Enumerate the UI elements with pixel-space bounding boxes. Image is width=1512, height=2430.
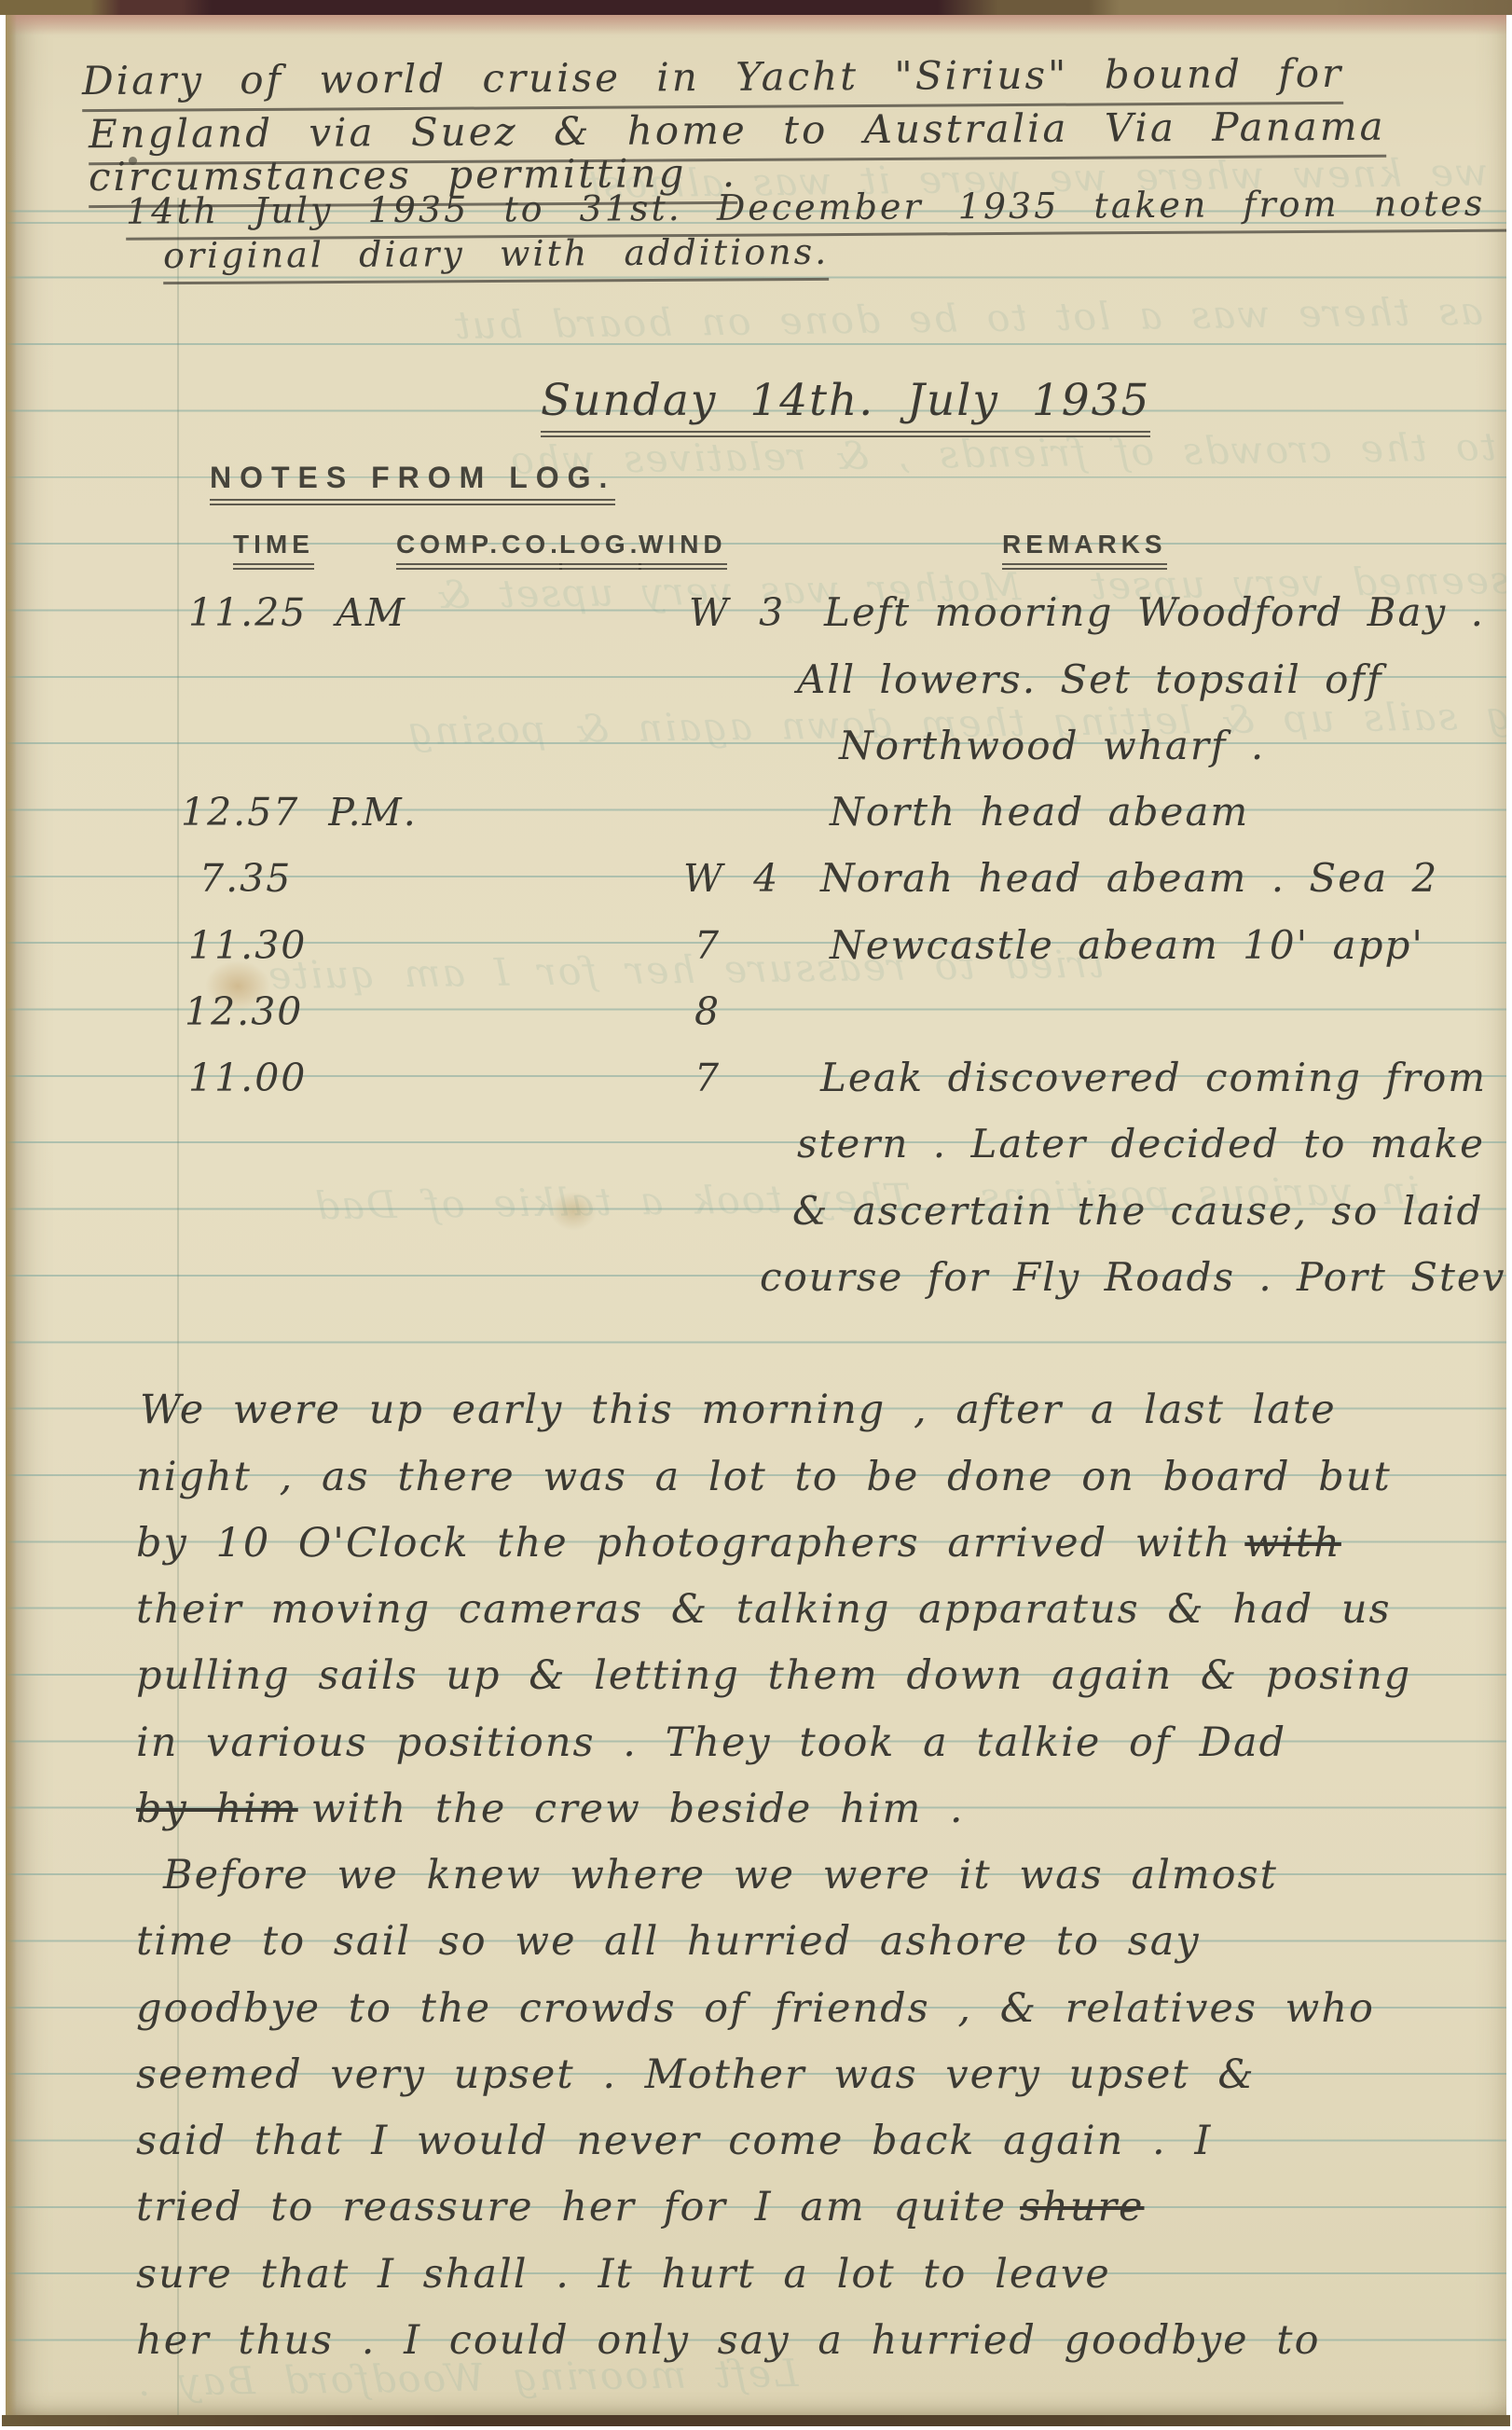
diary-paragraph-line: by 10 O'Clock the photographers arrived …: [136, 1517, 1354, 1569]
line-text: tried to reassure her for I am quite: [136, 2184, 1007, 2230]
log-remarks: course for Fly Roads . Port Stevens.: [760, 1251, 1506, 1304]
log-time: 12.57 P.M.: [181, 786, 418, 838]
struck-word: with: [1244, 1520, 1341, 1567]
diary-paragraph-line: by himwith the crew beside him .: [136, 1783, 965, 1835]
log-row: & ascertain the cause, so laid: [6, 1185, 1506, 1239]
log-time: 11.00: [188, 1052, 307, 1104]
log-row: 12.57 P.M. North head abeam: [6, 786, 1506, 840]
column-header-text: COMP.CO.: [396, 530, 562, 570]
entry-date-heading: Sunday 14th. July 1935: [541, 375, 1150, 427]
log-remarks: Left mooring Woodford Bay .: [824, 587, 1485, 639]
diary-paragraph-line: her thus . I could only say a hurried go…: [136, 2314, 1320, 2367]
log-wind: 7: [694, 919, 721, 972]
log-time: 7.35: [199, 852, 292, 904]
log-row: stern . Later decided to make port: [6, 1118, 1506, 1172]
page-top-edge: [6, 15, 1506, 35]
column-header-text: WIND: [639, 530, 727, 570]
line-text: Before we knew where we were it was almo…: [163, 1852, 1278, 1898]
diary-paragraph-line: said that I would never come back again …: [136, 2115, 1212, 2167]
log-section-title-text: NOTES FROM LOG.: [210, 461, 615, 505]
log-remarks: Northwood wharf .: [839, 720, 1265, 772]
log-remarks: Norah head abeam . Sea 2: [820, 852, 1438, 904]
log-row: 7.35 W 4 Norah head abeam . Sea 2: [6, 852, 1506, 906]
scanned-diary-page: Before we knew where we were it was almo…: [0, 0, 1512, 2430]
log-row: 11.00 7 Leak discovered coming from: [6, 1052, 1506, 1106]
log-remarks: All lowers. Set topsail off: [797, 654, 1383, 706]
line-text: their moving cameras & talking apparatus…: [136, 1586, 1392, 1633]
struck-word: shure: [1020, 2184, 1144, 2230]
diary-page: Before we knew where we were it was almo…: [6, 15, 1506, 2415]
line-text: sure that I shall . It hurt a lot to lea…: [136, 2251, 1111, 2298]
column-header-log: LOG.: [559, 530, 641, 559]
diary-paragraph-line: pulling sails up & letting them down aga…: [136, 1650, 1411, 1702]
book-edge-top: [0, 0, 1512, 15]
diary-paragraph-line: their moving cameras & talking apparatus…: [136, 1583, 1392, 1636]
log-wind: W 3: [689, 587, 785, 639]
log-wind: W 4: [683, 852, 779, 904]
title-text: original diary with additions.: [163, 231, 830, 284]
column-header-text: REMARKS: [1002, 530, 1167, 570]
log-remarks: Newcastle abeam 10' app': [830, 919, 1424, 972]
line-text: by 10 O'Clock the photographers arrived …: [136, 1520, 1231, 1567]
line-text: in various positions . They took a talki…: [136, 1719, 1286, 1766]
log-time: 12.30: [185, 986, 303, 1038]
log-wind: 8: [694, 986, 721, 1038]
diary-paragraph-line: in various positions . They took a talki…: [136, 1717, 1286, 1769]
diary-paragraph-line: night , as there was a lot to be done on…: [136, 1451, 1392, 1503]
diary-paragraph-line: We were up early this morning , after a …: [140, 1384, 1337, 1436]
line-text: time to sail so we all hurried ashore to…: [136, 1918, 1201, 1965]
diary-paragraph-line: Before we knew where we were it was almo…: [163, 1849, 1278, 1901]
book-edge-bottom: [2, 2415, 1510, 2426]
log-time: 11.25 AM: [188, 587, 406, 639]
column-header-compco: COMP.CO.: [396, 530, 562, 559]
diary-paragraph-line: time to sail so we all hurried ashore to…: [136, 1915, 1201, 1967]
log-row: course for Fly Roads . Port Stevens.: [6, 1251, 1506, 1305]
log-section-title: NOTES FROM LOG.: [210, 461, 615, 495]
column-header-text: TIME: [233, 530, 314, 570]
diary-title-line: Diary of world cruise in Yacht "Sirius" …: [82, 48, 1343, 107]
log-time: 11.30: [188, 919, 307, 972]
line-text: night , as there was a lot to be done on…: [136, 1454, 1392, 1500]
diary-paragraph-line: tried to reassure her for I am quiteshur…: [136, 2181, 1158, 2233]
line-text: goodbye to the crowds of friends , & rel…: [136, 1985, 1375, 2032]
diary-title-line: original diary with additions.: [163, 226, 830, 282]
column-header-wind: WIND: [639, 530, 727, 559]
log-remarks: & ascertain the cause, so laid: [792, 1185, 1483, 1237]
line-text: her thus . I could only say a hurried go…: [136, 2317, 1320, 2364]
line-text: seemed very upset . Mother was very upse…: [136, 2051, 1256, 2098]
log-row: Northwood wharf .: [6, 720, 1506, 774]
log-row: 12.30 8: [6, 986, 1506, 1040]
line-text: said that I would never come back again …: [136, 2118, 1212, 2164]
line-text: We were up early this morning , after a …: [140, 1387, 1337, 1433]
line-text: pulling sails up & letting them down aga…: [136, 1652, 1411, 1699]
diary-paragraph-line: sure that I shall . It hurt a lot to lea…: [136, 2248, 1111, 2300]
entry-date-text: Sunday 14th. July 1935: [541, 375, 1150, 437]
diary-paragraph-line: goodbye to the crowds of friends , & rel…: [136, 1982, 1375, 2035]
log-remarks: Leak discovered coming from: [820, 1052, 1487, 1104]
line-text: with the crew beside him .: [311, 1786, 965, 1832]
log-row: 11.30 7 Newcastle abeam 10' app': [6, 919, 1506, 973]
log-remarks: stern . Later decided to make port: [797, 1118, 1506, 1170]
column-header-remarks: REMARKS: [1002, 530, 1167, 559]
log-row: All lowers. Set topsail off: [6, 654, 1506, 708]
column-header-time: TIME: [233, 530, 314, 559]
log-row: 11.25 AM W 3 Left mooring Woodford Bay .: [6, 587, 1506, 641]
struck-word: by him: [136, 1786, 298, 1832]
diary-paragraph-line: seemed very upset . Mother was very upse…: [136, 2049, 1256, 2101]
log-wind: 7: [694, 1052, 721, 1104]
log-remarks: North head abeam: [830, 786, 1249, 838]
column-header-text: LOG.: [559, 530, 641, 570]
